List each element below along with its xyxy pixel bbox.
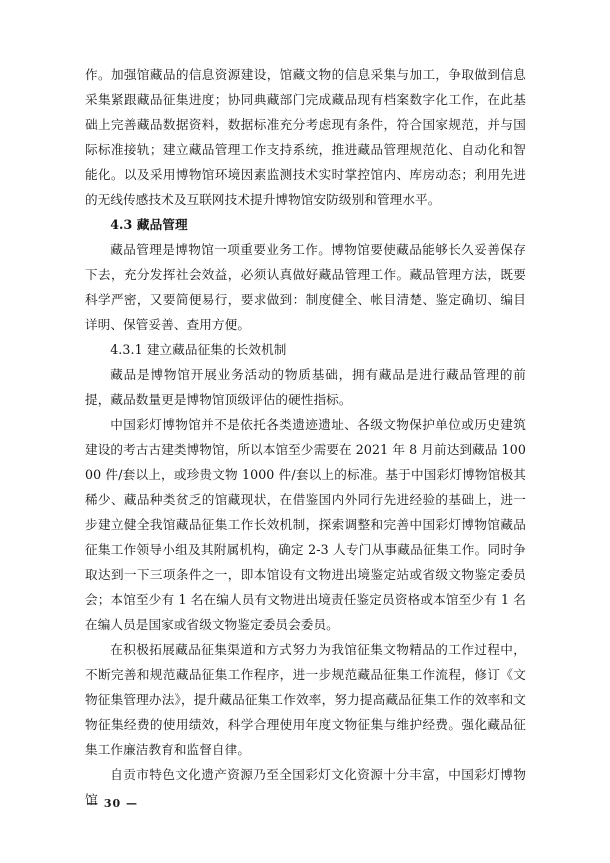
paragraph: 藏品是博物馆开展业务活动的物质基础，拥有藏品是进行藏品管理的前提，藏品数量更是博…	[85, 362, 526, 412]
paragraph: 自贡市特色文化遗产资源乃至全国彩灯文化资源十分丰富，中国彩灯博物馆	[85, 762, 526, 812]
paragraph: 在积极拓展藏品征集渠道和方式努力为我馆征集文物精品的工作过程中，不断完善和规范藏…	[85, 637, 526, 762]
subsection-heading: 4.3.1 建立藏品征集的长效机制	[85, 337, 526, 362]
paragraph: 中国彩灯博物馆并不是依托各类遗迹遗址、各级文物保护单位或历史建筑建设的考古古建类…	[85, 412, 526, 637]
document-body: 作。加强馆藏品的信息资源建设，馆藏文物的信息采集与加工，争取做到信息采集紧跟藏品…	[85, 62, 526, 812]
page-number: — 30 —	[87, 797, 138, 810]
section-heading: 4.3 藏品管理	[85, 212, 526, 237]
paragraph: 藏品管理是博物馆一项重要业务工作。博物馆要使藏品能够长久妥善保存下去，充分发挥社…	[85, 237, 526, 337]
paragraph: 作。加强馆藏品的信息资源建设，馆藏文物的信息采集与加工，争取做到信息采集紧跟藏品…	[85, 62, 526, 212]
document-page: 作。加强馆藏品的信息资源建设，馆藏文物的信息采集与加工，争取做到信息采集紧跟藏品…	[0, 0, 610, 863]
